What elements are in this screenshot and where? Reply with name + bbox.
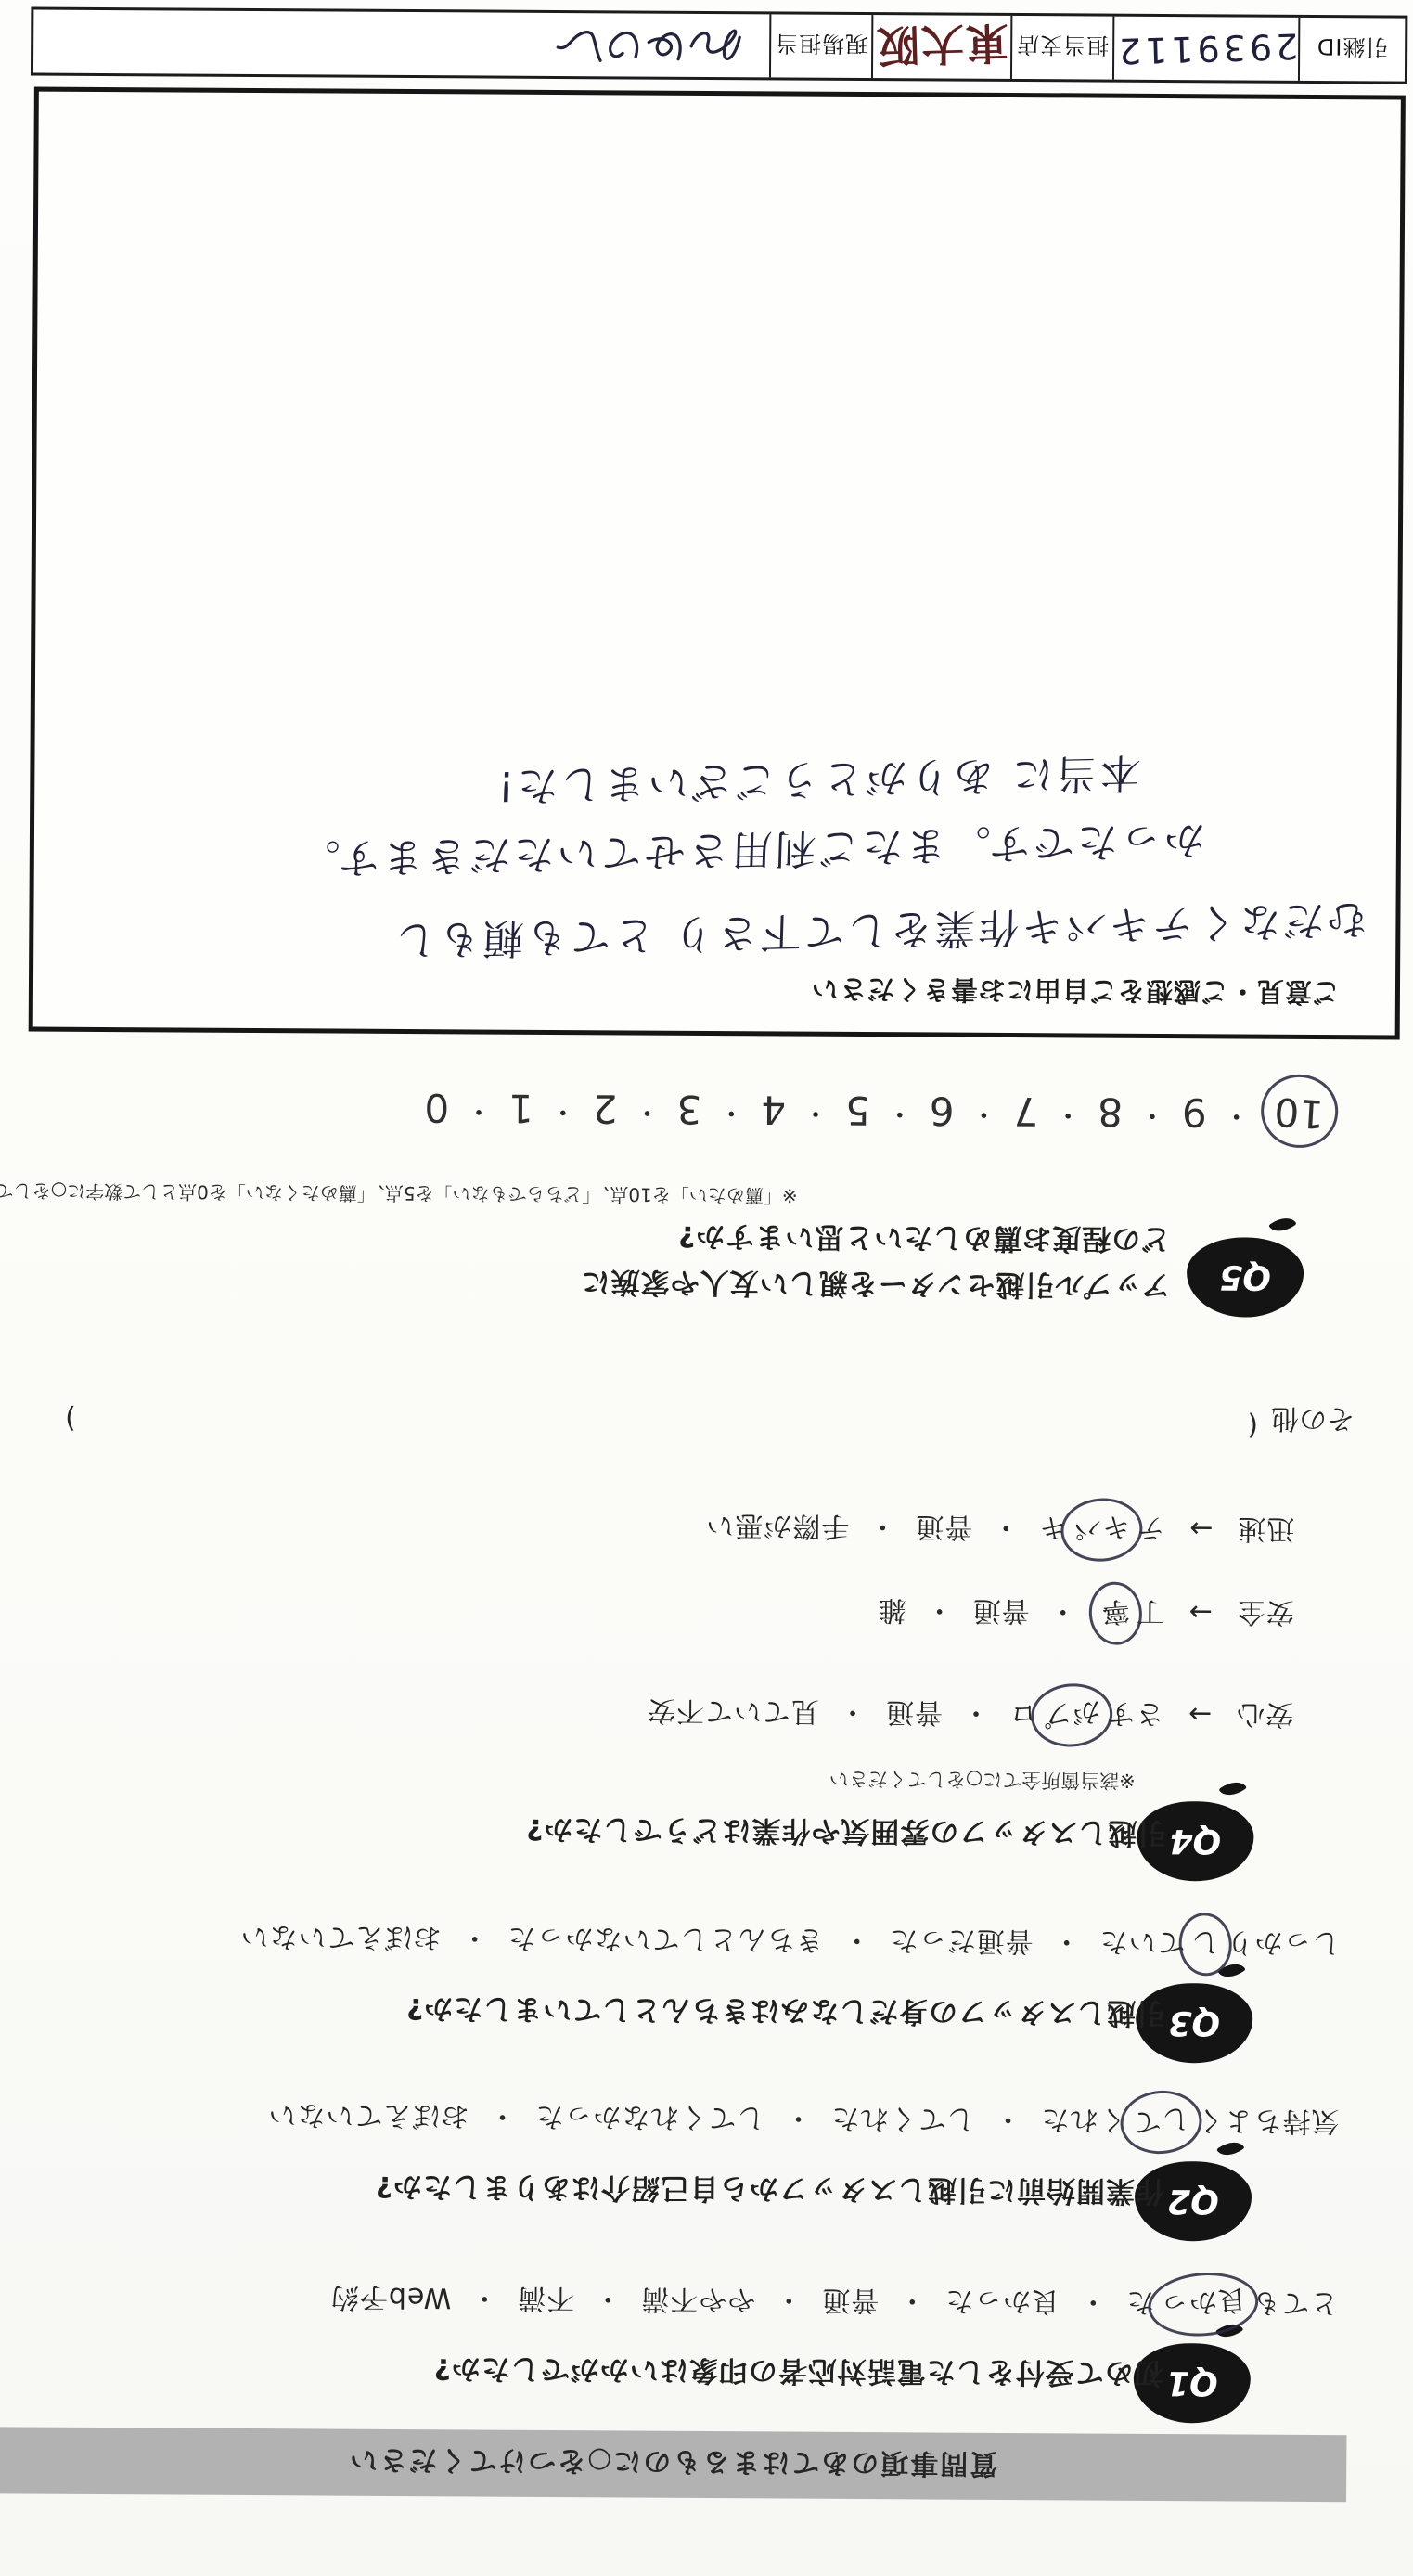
arrow-icon: →: [1188, 1697, 1212, 1730]
separator-dot: ・: [549, 1094, 577, 1135]
q5-rating-scale: 10・9・8・7・6・5・4・3・2・1・0: [74, 1078, 1332, 1140]
scale-2: 2: [593, 1086, 618, 1131]
separator-dot: ・: [465, 1093, 493, 1134]
separator-dot: ・: [487, 2099, 516, 2140]
separator-dot: ・: [783, 2101, 812, 2142]
handwritten-comment-line-3: 本当に ありがとうございました!: [495, 746, 1141, 819]
scale-3: 3: [676, 1087, 701, 1132]
q5-balloon-icon: Q5: [1187, 1237, 1304, 1318]
ink-circle-q2: して: [1118, 2088, 1204, 2157]
separator-dot: ・: [991, 1510, 1020, 1551]
separator-dot: ・: [460, 1920, 489, 1961]
q1-option-5: 不満: [517, 2282, 574, 2314]
q1-option-2: 良かった: [944, 2285, 1060, 2318]
separator-dot: ・: [1078, 2284, 1107, 2325]
instruction-banner-text: 質問事項のあてはまるものに○をつけてください: [348, 2442, 997, 2487]
q4-row-anzen: 安全→丁寧・普通・雑: [878, 1590, 1294, 1637]
site-staff-signature-cell: [33, 10, 769, 78]
q3-option-4: おぼえていない: [240, 1920, 442, 1953]
separator-dot: ・: [469, 2280, 498, 2321]
handwritten-comment-line-2: かったです。またご利用させていただきます。: [295, 814, 1206, 893]
q3-option-2: 普通だった: [890, 1924, 1034, 1957]
q3-title: 引越しスタッフの身だしなみはきちんとしていましたか?: [405, 1990, 1165, 2037]
separator-dot: ・: [593, 2281, 622, 2322]
q1-option-3: 普通: [821, 2284, 879, 2316]
scale-1: 1: [508, 1086, 533, 1131]
separator-dot: ・: [897, 2283, 926, 2324]
q1-title: 初めて受付をした電話対応者の印象はいかがでしたか?: [433, 2351, 1163, 2397]
q2-option-3: してくれなかった: [534, 2100, 764, 2134]
separator-dot: ・: [774, 2282, 803, 2323]
separator-dot: ・: [993, 2102, 1021, 2143]
q4-row3-option-2: 普通: [915, 1510, 972, 1542]
q1-option-6: Web予約: [330, 2281, 452, 2314]
q4-row-anshin: 安心→さすがプロ・普通・見ていて不安: [647, 1691, 1293, 1739]
upside-down-document: 質問事項のあてはまるものに○をつけてください Q1 初めて受付をした電話対応者の…: [0, 0, 1413, 2576]
q1-label: Q1: [1166, 2364, 1218, 2402]
free-comment-box: ご意見・ご感想をご自由にお書きください むだなくテキパキ作業をして下さり とても…: [29, 87, 1406, 1040]
q5-title-line2: どの程度お薦めしたいと思いますか?: [677, 1218, 1170, 1263]
separator-dot: ・: [867, 1509, 896, 1550]
q2-option-4: おぼえていない: [267, 2098, 469, 2132]
paren-close: ): [65, 1394, 76, 1435]
q2-label: Q2: [1167, 2183, 1219, 2221]
separator-dot: ・: [802, 1096, 829, 1137]
ink-circle-q1: 良かっ: [1146, 2269, 1261, 2340]
separator-dot: ・: [838, 1694, 867, 1735]
scale-10: 10: [1273, 1088, 1325, 1137]
q1-option-4: やや不満: [640, 2283, 755, 2316]
q4-title: 引越しスタッフの雰囲気や作業はどうでしたか?: [525, 1811, 1166, 1857]
separator-dot: ・: [842, 1923, 871, 1964]
handover-id-value: 2939112: [1112, 17, 1298, 81]
arrow-icon: →: [1188, 1512, 1213, 1544]
q5-label: Q5: [1219, 1258, 1271, 1296]
q4-row2-option-2: 普通: [972, 1594, 1030, 1627]
scale-6: 6: [930, 1088, 955, 1133]
q3-option-1: しっかりしていた: [1099, 1926, 1341, 1960]
q3-options: しっかりしていた・普通だった・きちんとしていなかった・おぼえていない: [240, 1916, 1341, 1967]
q4-row2-option-3: 雑: [878, 1593, 906, 1626]
q4-row3-label: 迅速: [1237, 1512, 1294, 1544]
separator-dot: ・: [1138, 1098, 1166, 1139]
separator-dot: ・: [886, 1096, 914, 1137]
scale-9: 9: [1182, 1089, 1207, 1135]
scale-4: 4: [761, 1087, 786, 1132]
q4-row1-option-3: 見ていて不安: [647, 1694, 819, 1728]
staff-id-strip: 引継ID 2939112 担当支店 東大阪 現場担当: [31, 7, 1407, 84]
separator-dot: ・: [1048, 1593, 1077, 1634]
scale-8: 8: [1098, 1089, 1123, 1135]
separator-dot: ・: [961, 1695, 990, 1736]
handwritten-signature: [539, 16, 752, 74]
arrow-icon: →: [1188, 1595, 1213, 1628]
q3-option-3: きちんとしていなかった: [507, 1922, 824, 1956]
scale-0: 0: [424, 1085, 449, 1130]
q4-row1-option-2: 普通: [885, 1695, 943, 1728]
branch-value: 東大阪: [871, 15, 1010, 79]
ink-circle-q4-row2: 寧: [1086, 1580, 1144, 1647]
q1-option-1: とても良かった: [1125, 2286, 1338, 2319]
site-staff-label: 現場担当: [769, 14, 871, 78]
q4-row3-option-3: 手際が悪い: [705, 1509, 849, 1542]
branch-label: 担当支店: [1010, 16, 1112, 80]
separator-dot: ・: [633, 1095, 661, 1136]
separator-dot: ・: [1223, 1098, 1251, 1139]
q4-row2-option-1: 丁寧: [1096, 1595, 1164, 1628]
ink-circle-q4-row3: キパ: [1059, 1495, 1145, 1565]
q2-option-2: してくれた: [830, 2102, 974, 2135]
q2-option-1: 気持ちよくしてくれた: [1040, 2103, 1339, 2137]
q2-title: 作業開始前に引越しスタッフから自己紹介はありましたか?: [375, 2169, 1164, 2215]
handwritten-comment-line-1: むだなくテキパキ作業をして下さり とても頼もし: [392, 894, 1368, 974]
scale-5: 5: [845, 1088, 870, 1133]
q4-other-label: その他: [1271, 1401, 1355, 1443]
q3-label: Q3: [1168, 2004, 1220, 2042]
q4-row1-option-1: さすがプロ: [1008, 1696, 1163, 1730]
q4-note: ※該当箇所全てに○をしてください: [829, 1766, 1136, 1796]
q4-row2-label: 安全: [1237, 1595, 1294, 1628]
separator-dot: ・: [1052, 1924, 1081, 1964]
comment-box-label: ご意見・ご感想をご自由にお書きください: [811, 972, 1340, 1012]
q5-title-line1: アップル引越センターを親しい友人や家族に: [581, 1264, 1171, 1309]
q4-row3-option-1: テキパキ: [1038, 1511, 1164, 1544]
separator-dot: ・: [925, 1592, 954, 1633]
separator-dot: ・: [970, 1097, 997, 1138]
separator-dot: ・: [717, 1095, 745, 1136]
ink-circle-score-10: 10: [1258, 1073, 1340, 1151]
q4-label: Q4: [1169, 1823, 1221, 1861]
scale-7: 7: [1013, 1088, 1038, 1134]
q1-options: とても良かった・良かった・普通・やや不満・不満・Web予約: [330, 2277, 1339, 2328]
q4-row1-label: 安心: [1236, 1697, 1293, 1730]
instruction-banner: 質問事項のあてはまるものに○をつけてください: [0, 2427, 1346, 2502]
scanned-survey-postcard: 質問事項のあてはまるものに○をつけてください Q1 初めて受付をした電話対応者の…: [0, 0, 1413, 2576]
q5-note: ※「薦めたい」を10点、「どちらでもない」を5点、「薦めたくない」を0点として数…: [0, 1179, 798, 1211]
separator-dot: ・: [1054, 1097, 1082, 1138]
q4-row-jinsoku: 迅速→テキパキ・普通・手際が悪い: [705, 1505, 1294, 1553]
q4-other-line: その他 ( ): [65, 1394, 1355, 1442]
ink-circle-q4-row1: がプ: [1028, 1681, 1114, 1750]
paren-open: (: [1247, 1401, 1258, 1442]
handover-id-label: 引継ID: [1298, 18, 1405, 82]
q2-options: 気持ちよくしてくれた・してくれた・してくれなかった・おぼえていない: [267, 2094, 1339, 2145]
